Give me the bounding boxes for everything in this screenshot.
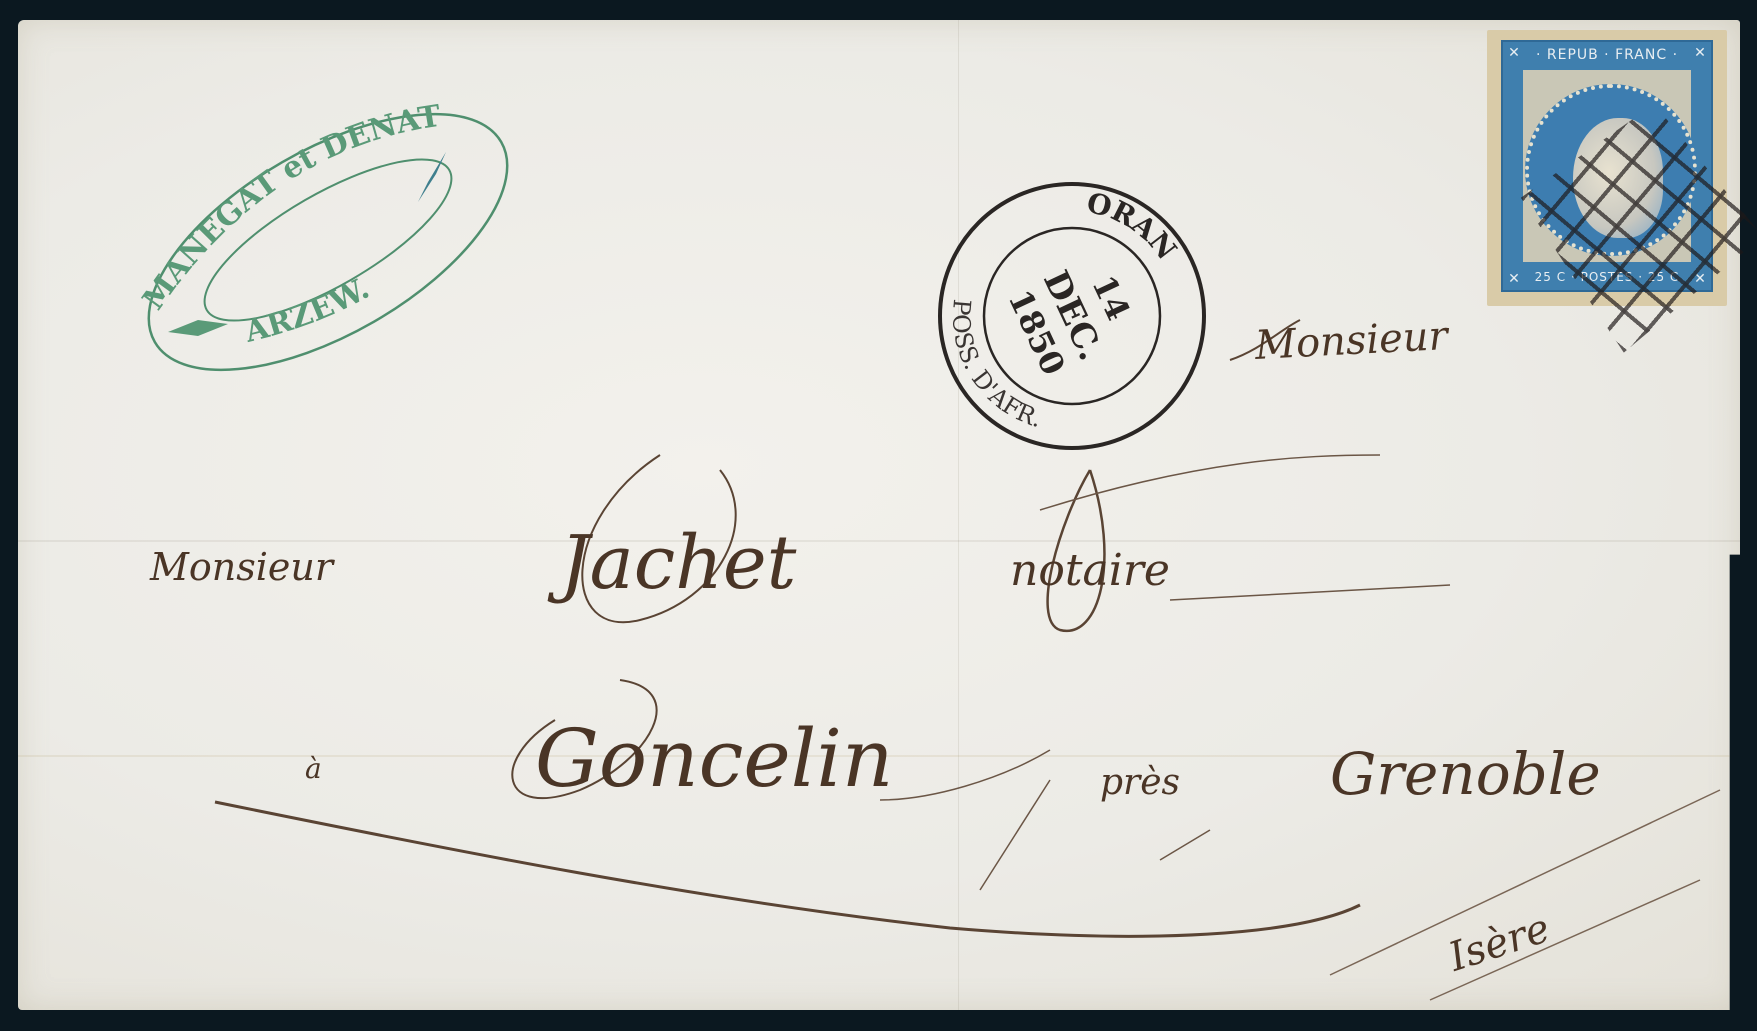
recipient-profession: notaire (1010, 545, 1170, 596)
destination-town: Goncelin (535, 712, 893, 805)
circular-datestamp-icon: ORAN POSS. D'AFR. 14 DEC. 1850 (922, 166, 1222, 466)
address-near: près (1100, 762, 1180, 803)
svg-text:ARZEW.: ARZEW. (241, 271, 376, 350)
fold-line-horizontal (18, 540, 1740, 542)
cachet-line2: ARZEW. (241, 271, 376, 350)
cachet-oval-icon: MANEGAT et DENAT ARZEW. (118, 82, 538, 402)
oval-cachet: MANEGAT et DENAT ARZEW. (118, 82, 538, 402)
stamp-corner-icon: ✕ (1691, 44, 1709, 62)
salutation: Monsieur (150, 545, 333, 589)
destination-city: Grenoble (1330, 740, 1601, 808)
svg-text:MANEGAT et DENAT: MANEGAT et DENAT (136, 99, 444, 317)
stamp-corner-icon: ✕ (1505, 270, 1523, 288)
address-preposition: à (305, 752, 322, 785)
recipient-name: Jachet (560, 520, 796, 606)
cachet-line1: MANEGAT et DENAT (136, 99, 444, 317)
stamp-corner-icon: ✕ (1505, 44, 1523, 62)
stamp-top-legend: · REPUB · FRANC · (1525, 44, 1689, 66)
datestamp-postmark: ORAN POSS. D'AFR. 14 DEC. 1850 (922, 166, 1222, 466)
